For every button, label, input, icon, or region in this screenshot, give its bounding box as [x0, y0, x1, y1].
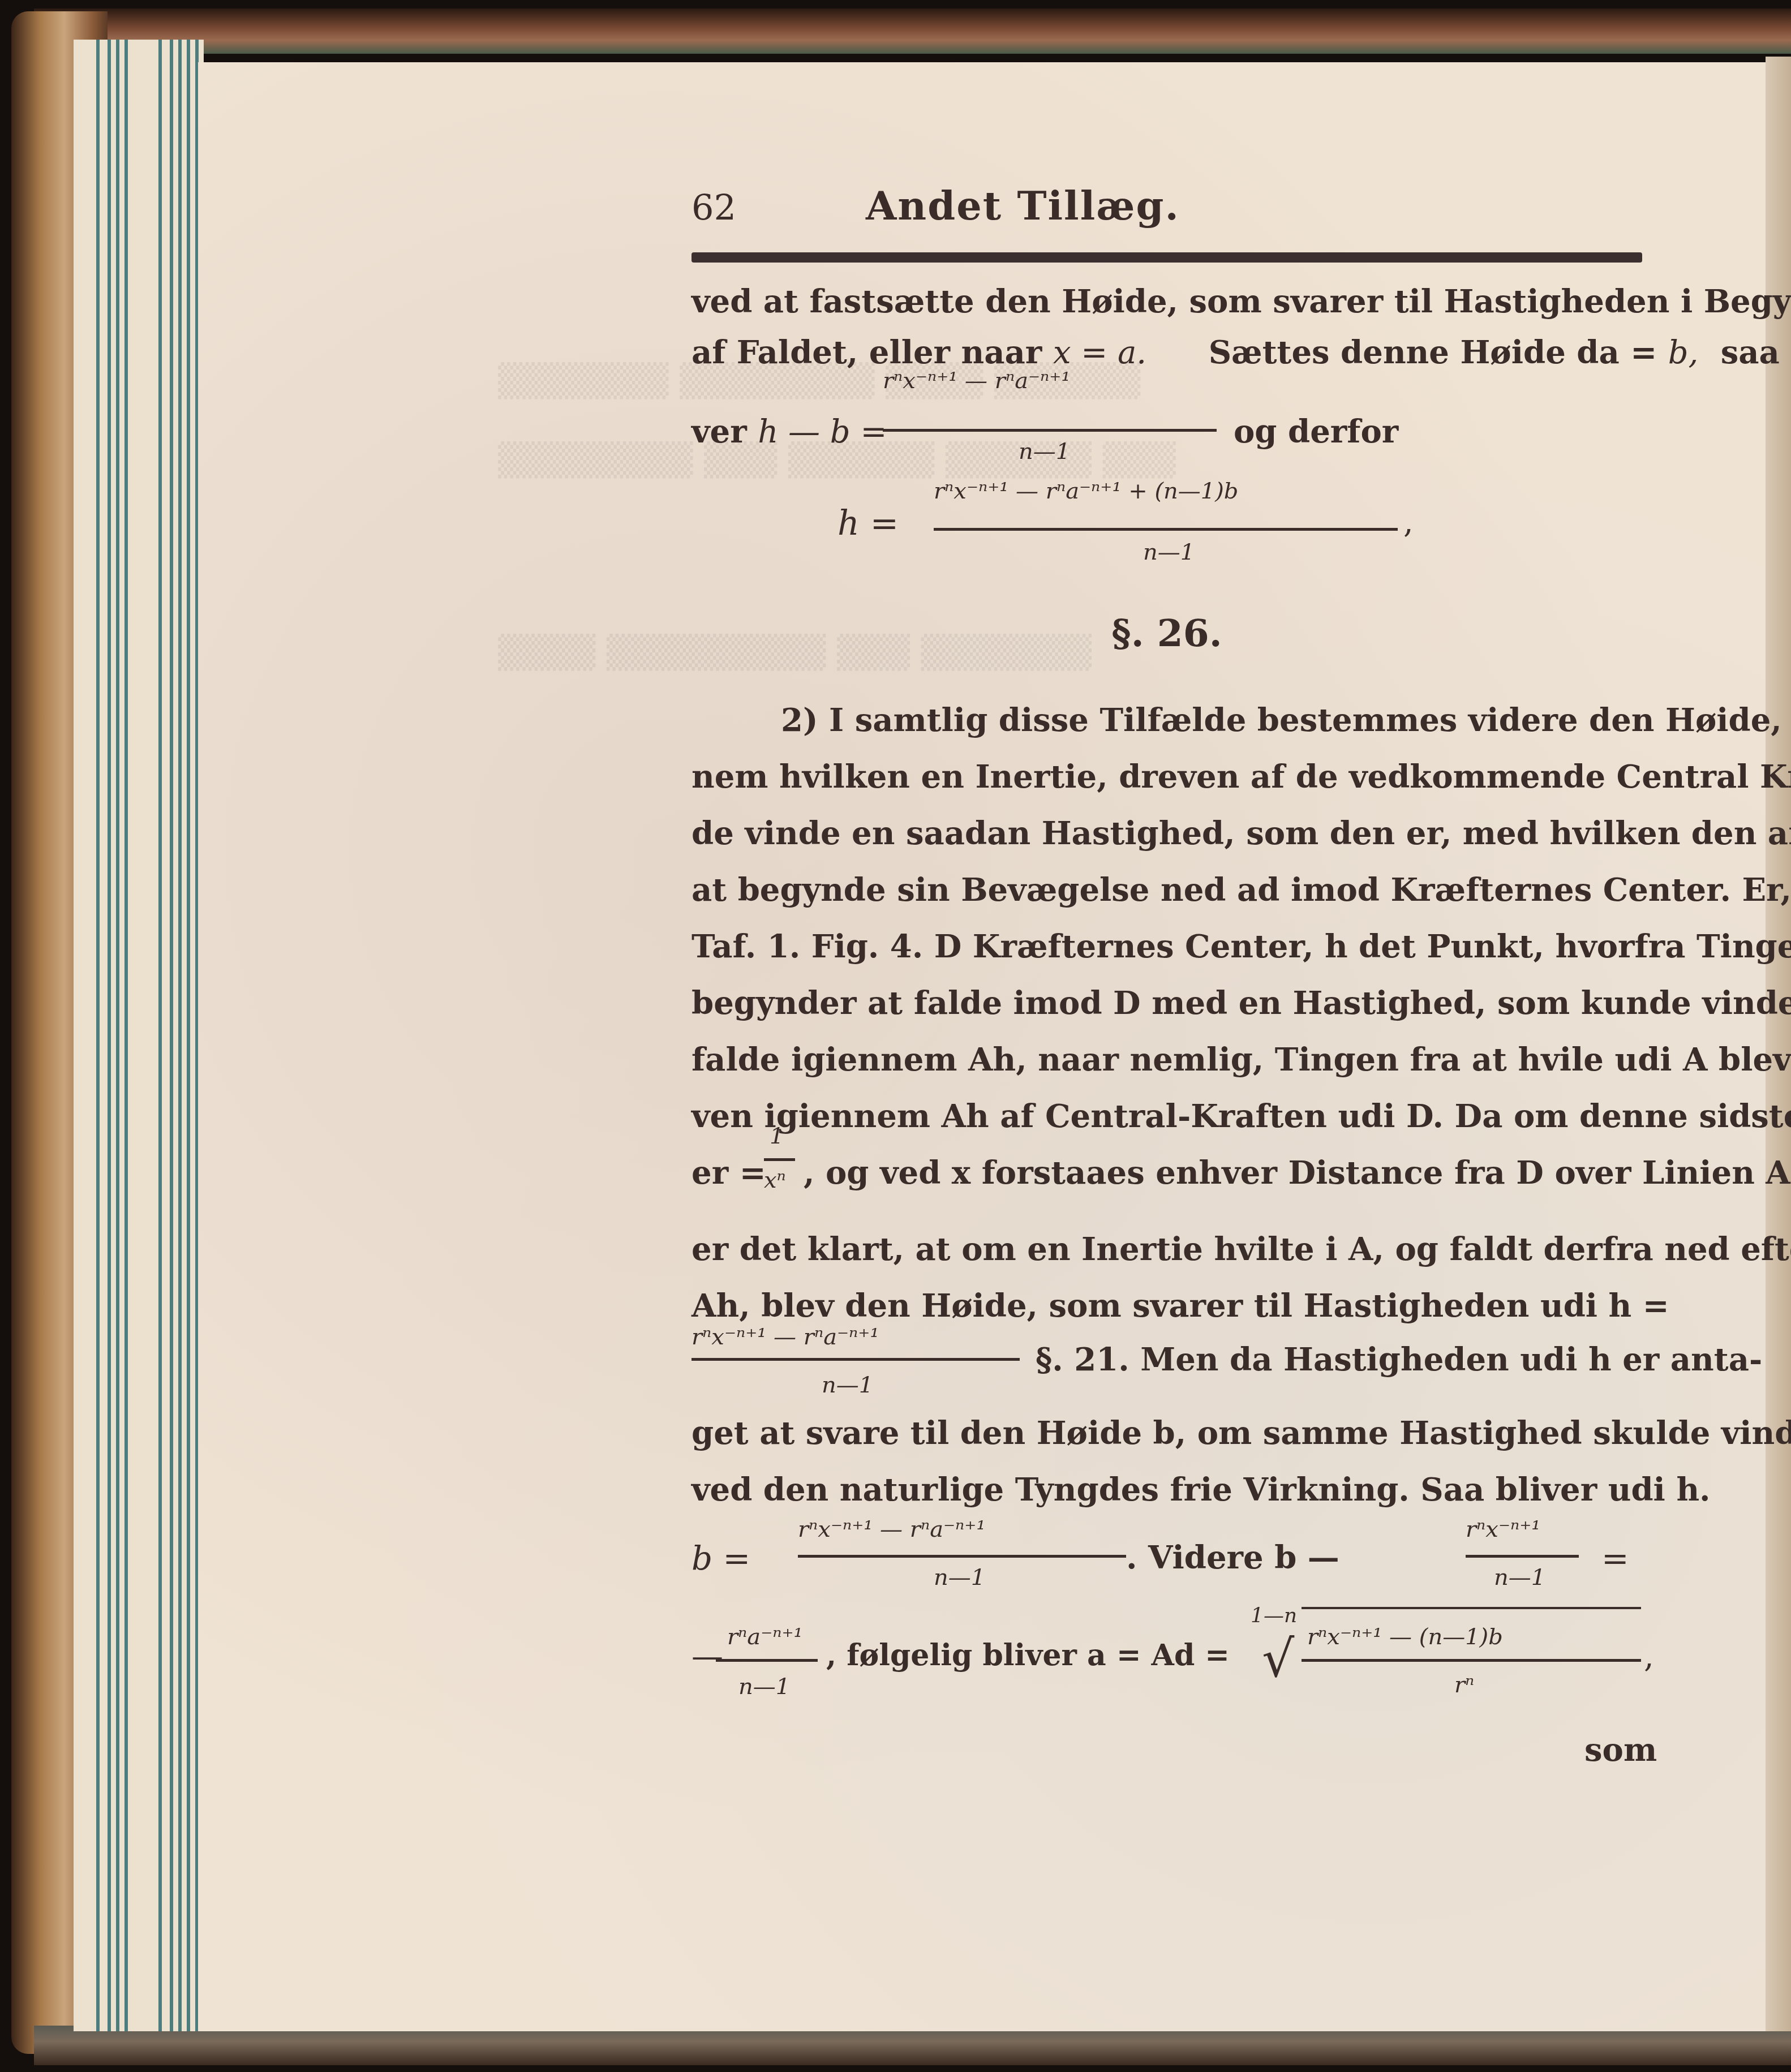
- fraction-denominator: n—1: [934, 1564, 985, 1590]
- text-line: er det klart, at om en Inertie hvilte i …: [692, 1231, 1642, 1268]
- punctuation: ,: [1644, 1638, 1654, 1675]
- fraction-numerator: rⁿx⁻ⁿ⁺¹ — rⁿa⁻ⁿ⁺¹: [883, 368, 1070, 394]
- fraction-denominator: n—1: [738, 1674, 790, 1700]
- text-line: er =: [692, 1154, 766, 1192]
- header-rule: [692, 252, 1642, 263]
- text-line: at begynde sin Bevægelse ned ad imod Kræ…: [692, 871, 1642, 909]
- text-line: , og ved x forstaaes enhver Distance fra…: [804, 1154, 1641, 1192]
- text-line: ved den naturlige Tyngdes frie Virkning.…: [692, 1471, 1642, 1508]
- text-span: . Videre b —: [1126, 1539, 1339, 1576]
- catchword: som: [1584, 1731, 1657, 1769]
- text-span: saa bli-: [1721, 334, 1791, 371]
- fraction-numerator: rⁿx⁻ⁿ⁺¹ — rⁿa⁻ⁿ⁺¹ + (n—1)b: [934, 478, 1238, 504]
- text-line: get at svare til den Høide b, om samme H…: [692, 1415, 1642, 1452]
- minus-sign: —: [692, 1638, 723, 1675]
- fraction-denominator: xⁿ: [764, 1167, 786, 1193]
- fraction-bar: [692, 1358, 1020, 1361]
- text-line: §. 21. Men da Hastigheden udi h er anta-: [1036, 1341, 1641, 1378]
- fraction-bar: [883, 429, 1217, 432]
- text-line: begynder at falde imod D med en Hastighe…: [692, 985, 1642, 1022]
- running-head: Andet Tillæg.: [866, 182, 1180, 229]
- math-inline: x = a.: [1053, 334, 1146, 371]
- fraction-denominator: n—1: [1019, 439, 1070, 465]
- fraction-numerator: 1: [770, 1123, 784, 1149]
- fraction-numerator: rⁿx⁻ⁿ⁺¹ — rⁿa⁻ⁿ⁺¹: [798, 1516, 985, 1542]
- fraction-bar: [1302, 1659, 1641, 1662]
- root-index: 1—n: [1251, 1604, 1297, 1627]
- page-edge: [124, 40, 128, 2031]
- section-heading: §. 26.: [692, 611, 1642, 655]
- text-span: , følgelig bliver a = Ad =: [826, 1638, 1230, 1673]
- text-span: ver: [692, 413, 747, 450]
- formula-lhs: b =: [692, 1539, 750, 1577]
- radical-sign: √: [1262, 1630, 1294, 1689]
- fraction-bar: [798, 1555, 1126, 1558]
- formula-lhs: h =: [837, 504, 899, 543]
- page-edge: [187, 40, 190, 2031]
- math-inline: b,: [1668, 334, 1699, 371]
- page-edge: [158, 40, 162, 2031]
- fraction-bar: [764, 1158, 795, 1161]
- fraction-numerator: rⁿx⁻ⁿ⁺¹ — (n—1)b: [1307, 1624, 1503, 1650]
- fraction-numerator: rⁿa⁻ⁿ⁺¹: [727, 1624, 803, 1650]
- text-line: 2) I samtlig disse Tilfælde bestemmes vi…: [781, 702, 1641, 739]
- page-edge: [116, 40, 119, 2031]
- fraction-bar: [934, 528, 1398, 531]
- math-inline: h — b =: [758, 414, 887, 450]
- text-line: af Faldet, eller naar x = a. Sættes denn…: [692, 334, 1642, 371]
- fraction-denominator: rⁿ: [1454, 1672, 1474, 1698]
- fraction-denominator: n—1: [1143, 539, 1195, 565]
- text-line: Taf. 1. Fig. 4. D Kræfternes Center, h d…: [692, 928, 1642, 965]
- text-span: Sættes denne Høide da =: [1209, 334, 1657, 371]
- text-line: ver h — b =: [692, 413, 887, 450]
- text-line: Ah, blev den Høide, som svarer til Hasti…: [692, 1287, 1642, 1325]
- text-line: de vinde en saadan Hastighed, som den er…: [692, 815, 1642, 852]
- page-stack-edges: [74, 40, 204, 2031]
- page-edge: [96, 40, 100, 2031]
- fraction-bar: [1466, 1555, 1579, 1558]
- page-edge: [178, 40, 182, 2031]
- page-number: 62: [692, 187, 736, 228]
- fraction-numerator: rⁿx⁻ⁿ⁺¹ — rⁿa⁻ⁿ⁺¹: [692, 1324, 879, 1350]
- fraction-bar: [716, 1659, 818, 1662]
- equals-sign: =: [1601, 1539, 1629, 1577]
- text-line: og derfor: [1234, 413, 1398, 450]
- fraction-denominator: n—1: [1494, 1564, 1545, 1590]
- fraction-denominator: n—1: [822, 1372, 873, 1398]
- book-cover-bottom: [34, 2026, 1791, 2065]
- page-edge: [170, 40, 173, 2031]
- punctuation: ,: [1403, 504, 1414, 540]
- page-edge: [108, 40, 111, 2031]
- text-line: nem hvilken en Inertie, dreven af de ved…: [692, 758, 1642, 796]
- text-line: ven igiennem Ah af Central-Kraften udi D…: [692, 1098, 1642, 1135]
- text-line: ved at fastsætte den Høide, som svarer t…: [692, 283, 1642, 320]
- fraction-numerator: rⁿx⁻ⁿ⁺¹: [1466, 1516, 1540, 1542]
- text-line: falde igiennem Ah, naar nemlig, Tingen f…: [692, 1041, 1642, 1078]
- text-span: af Faldet, eller naar: [692, 334, 1042, 371]
- book-cover-top: [34, 8, 1791, 54]
- vinculum: [1302, 1607, 1641, 1609]
